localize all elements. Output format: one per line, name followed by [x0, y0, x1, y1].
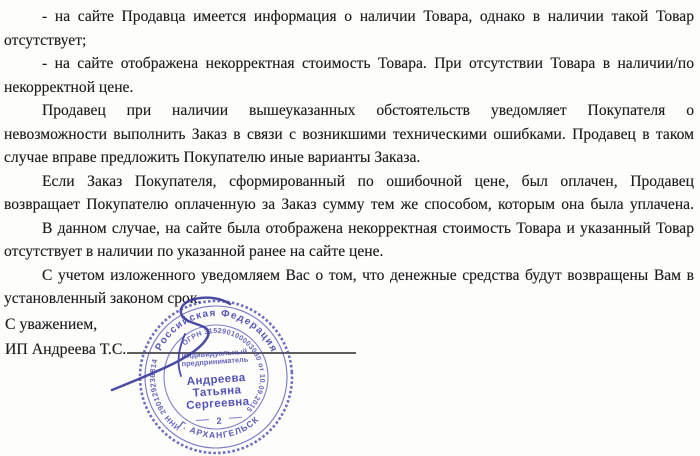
- body-line: Если Заказ Покупателя, сформированный по…: [4, 170, 694, 194]
- body-line: возвращает Покупателю оплаченную за Зака…: [4, 193, 694, 217]
- stamp-seal: Российская Федерация ИНН 290129236814 Г.…: [135, 296, 297, 456]
- body-line: В данном случае, на сайте была отображен…: [4, 217, 694, 241]
- body-line: - на сайте отображена некорректная стоим…: [4, 52, 694, 76]
- body-line: некорректной цене.: [4, 76, 694, 100]
- body-line: - на сайте Продавца имеется информация о…: [4, 5, 694, 29]
- scanned-letter-page: - на сайте Продавца имеется информация о…: [0, 0, 700, 456]
- company-stamp: Российская Федерация ИНН 290129236814 Г.…: [88, 288, 310, 456]
- body-line: невозможности выполнить Заказ в связи с …: [4, 123, 694, 147]
- body-line: С учетом изложенного уведомляем Вас о то…: [4, 264, 694, 288]
- letter-body: - на сайте Продавца имеется информация о…: [4, 5, 694, 311]
- stamp-number: 2: [216, 416, 222, 426]
- body-line: отсутствует;: [4, 29, 694, 53]
- body-line: случае вправе предложить Покупателю иные…: [4, 146, 694, 170]
- body-line: отсутствует в наличии по указанной ранее…: [4, 240, 694, 264]
- body-line: Продавец при наличии вышеуказанных обсто…: [4, 99, 694, 123]
